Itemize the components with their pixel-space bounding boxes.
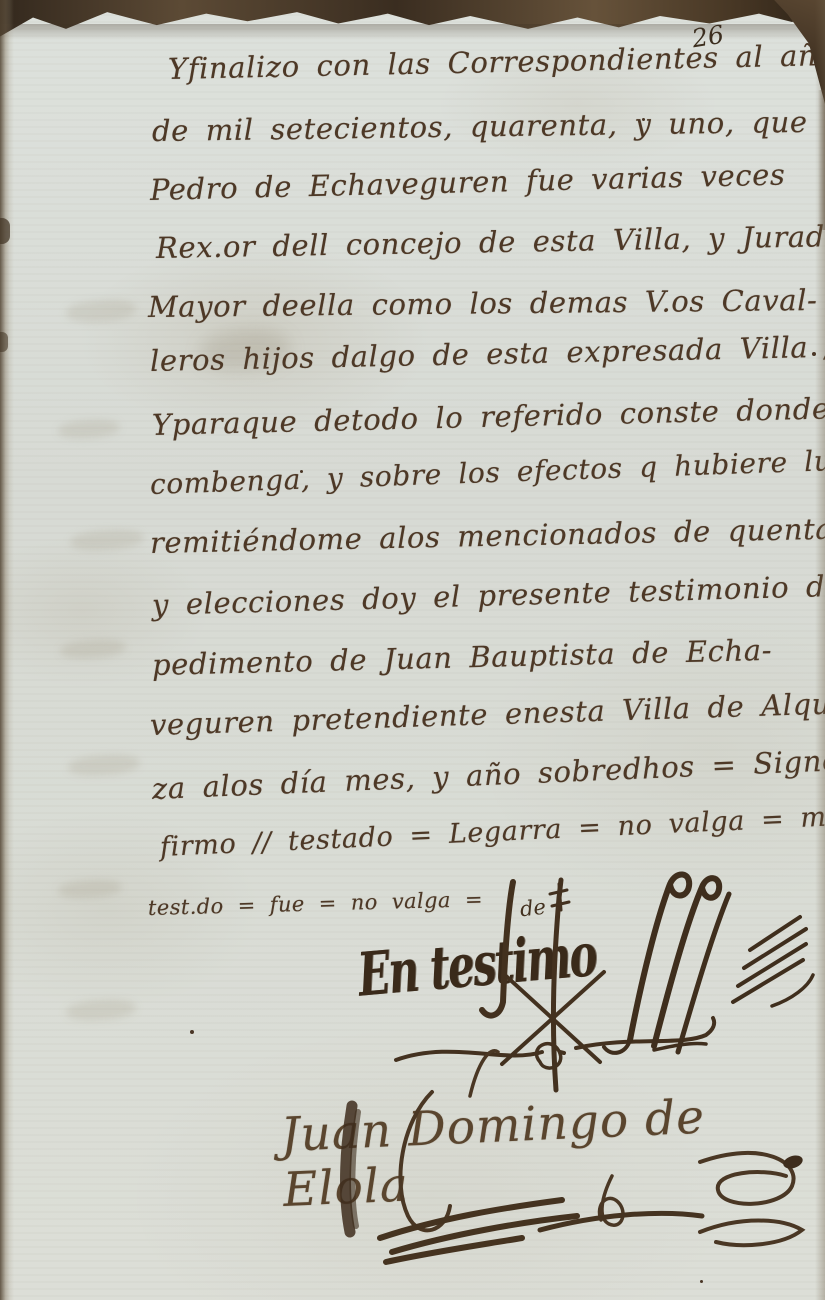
bottom-signature-flourish (346, 1051, 805, 1262)
signature-flourishes (0, 0, 825, 1300)
page-top-shadow (0, 24, 825, 40)
page-left-edge-notch (0, 218, 10, 244)
second-signature-flourish (604, 874, 813, 1052)
page-right-edge-shade (818, 90, 825, 230)
ink-speck (190, 1030, 194, 1034)
ink-speck (642, 118, 645, 121)
manuscript-scan: 26 Yfinalizo con las Correspondientes al… (0, 0, 825, 1300)
notary-rubric-flourish (396, 880, 714, 1090)
page-left-edge (0, 0, 14, 1300)
page-left-edge-notch (0, 332, 8, 352)
ink-speck (700, 1280, 703, 1283)
ink-speck (300, 470, 303, 473)
